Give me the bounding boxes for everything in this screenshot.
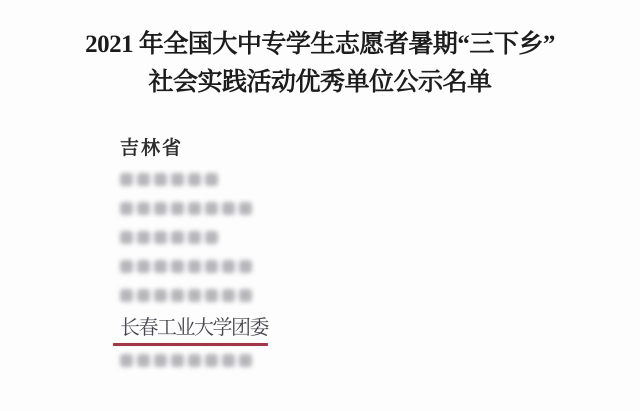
blurred-character-blob [188,173,201,186]
blurred-character-blob [154,231,167,244]
blurred-character-blob [171,202,184,215]
blurred-character-blob [137,260,150,273]
blurred-character-blob [120,202,133,215]
blurred-character-blob [222,260,235,273]
blurred-character-blob [188,354,201,367]
blurred-character-blob [137,173,150,186]
blurred-character-blob [154,289,167,302]
blurred-character-blob [188,202,201,215]
blurred-character-blob [205,289,218,302]
blurred-character-blob [171,260,184,273]
blurred-character-blob [154,173,167,186]
highlighted-list-item: 长春工业大学团委 [120,317,268,346]
blurred-character-blob [171,231,184,244]
blurred-list-item-1 [120,172,268,188]
blurred-character-blob [205,260,218,273]
blurred-character-blob [137,202,150,215]
blurred-character-blob [205,354,218,367]
blurred-character-blob [171,354,184,367]
blurred-list-item-6 [120,353,268,369]
blurred-character-blob [188,231,201,244]
blurred-character-blob [171,173,184,186]
blurred-character-blob [239,202,252,215]
blurred-character-blob [171,289,184,302]
blurred-character-blob [120,260,133,273]
province-header: 吉林省 [120,138,268,160]
blurred-list-item-4 [120,259,268,275]
blurred-character-blob [205,231,218,244]
blurred-character-blob [120,289,133,302]
blurred-character-blob [154,202,167,215]
blurred-character-blob [154,260,167,273]
blurred-character-blob [205,202,218,215]
blurred-character-blob [154,354,167,367]
blurred-character-blob [239,260,252,273]
blurred-character-blob [205,173,218,186]
blurred-character-blob [137,289,150,302]
blurred-character-blob [222,289,235,302]
blurred-character-blob [239,354,252,367]
blurred-character-blob [222,354,235,367]
blurred-character-blob [137,354,150,367]
title-line-2: 社会实践活动优秀单位公示名单 [0,64,640,102]
blurred-list-item-5 [120,288,268,304]
blurred-character-blob [222,202,235,215]
blurred-character-blob [120,173,133,186]
blurred-list-item-2 [120,201,268,217]
title-line-1: 2021 年全国大中专学生志愿者暑期“三下乡” [0,26,640,64]
blurred-character-blob [188,260,201,273]
red-underline [113,343,268,346]
document-title: 2021 年全国大中专学生志愿者暑期“三下乡” 社会实践活动优秀单位公示名单 [0,26,640,102]
blurred-list-item-3 [120,230,268,246]
province-section: 吉林省 长春工业大学团委 [120,138,268,382]
highlighted-unit-name: 长春工业大学团委 [120,317,268,339]
blurred-character-blob [239,289,252,302]
blurred-character-blob [137,231,150,244]
announcement-document: 2021 年全国大中专学生志愿者暑期“三下乡” 社会实践活动优秀单位公示名单 吉… [0,0,640,411]
blurred-character-blob [188,289,201,302]
blurred-character-blob [120,231,133,244]
blurred-character-blob [120,354,133,367]
